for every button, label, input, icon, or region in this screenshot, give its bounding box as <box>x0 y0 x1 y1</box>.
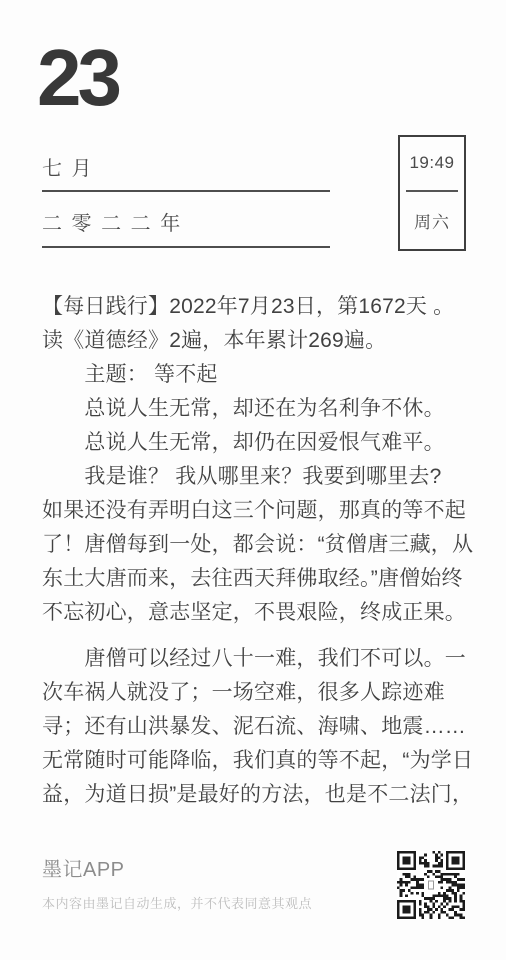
calendar-diary-card: 23 七 月 二 零 二 二 年 19:49 周六 【每日践行】2022年7月2… <box>0 0 506 960</box>
text-line: 如果还没有弄明白这三个问题，那真的等不起 <box>42 494 468 528</box>
text-line: 益，为道日损”是最好的方法，也是不二法门， <box>42 778 468 812</box>
text-line: 唐僧可以经过八十一难，我们不可以。一 <box>42 642 468 676</box>
year-label: 二 零 二 二 年 <box>42 207 182 236</box>
text-line: 总说人生无常，却还在为名利争不休。 <box>42 392 468 426</box>
text-line: 主题： 等不起 <box>42 358 468 392</box>
text-line: 次车祸人就没了；一场空难，很多人踪迹难 <box>42 676 468 710</box>
article: 【每日践行】2022年7月23日，第1672天 。 读《道德经》2遍，本年累计2… <box>42 290 468 812</box>
qr-code-icon <box>397 850 465 920</box>
day-number: 23 <box>37 38 118 118</box>
month-divider <box>42 190 330 192</box>
text-line: 我是谁？ 我从哪里来？我要到哪里去? <box>42 460 468 494</box>
text-line: 无常随时可能降临，我们真的等不起，“为学日 <box>42 744 468 778</box>
app-name: 墨记APP <box>42 853 125 882</box>
paragraph: 【每日践行】2022年7月23日，第1672天 。 读《道德经》2遍，本年累计2… <box>42 290 468 630</box>
text-line: 读《道德经》2遍，本年累计269遍。 <box>42 324 468 358</box>
time-divider <box>406 190 458 192</box>
text-line: 不忘初心，意志坚定，不畏艰险，终成正果。 <box>42 596 468 630</box>
month-label: 七 月 <box>42 152 94 181</box>
year-divider <box>42 246 330 248</box>
text-line: 【每日践行】2022年7月23日，第1672天 。 <box>42 290 468 324</box>
disclaimer: 本内容由墨记自动生成，并不代表同意其观点 <box>42 893 312 912</box>
time-label: 19:49 <box>409 153 454 173</box>
weekday-label: 周六 <box>414 208 450 233</box>
text-line: 东土大唐而来，去往西天拜佛取经。”唐僧始终 <box>42 562 468 596</box>
text-line: 了！唐僧每到一处，都会说：“贫僧唐三藏，从 <box>42 528 468 562</box>
time-box: 19:49 周六 <box>398 135 466 251</box>
text-line: 寻；还有山洪暴发、泥石流、海啸、地震…… <box>42 710 468 744</box>
paragraph: 唐僧可以经过八十一难，我们不可以。一 次车祸人就没了；一场空难，很多人踪迹难 寻… <box>42 642 468 812</box>
text-line: 总说人生无常，却仍在因爱恨气难平。 <box>42 426 468 460</box>
